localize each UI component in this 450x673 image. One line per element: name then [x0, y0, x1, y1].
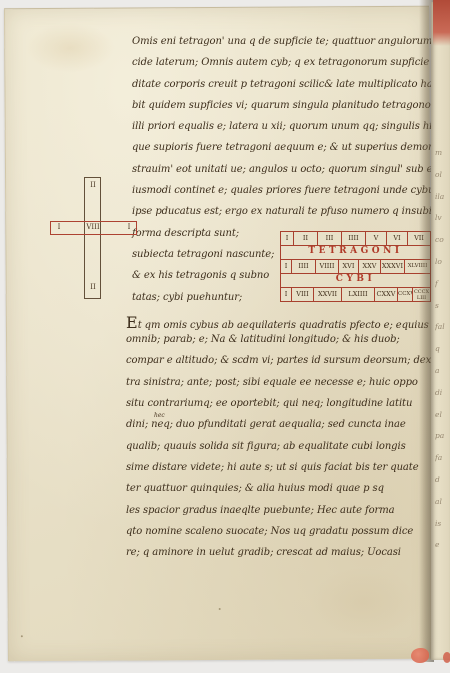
table-cell: XXVII: [314, 288, 342, 301]
facing-page-text-fragment: d: [435, 475, 450, 497]
table-cell: CXXV: [375, 288, 398, 301]
tetragoni-cybi-table: IIIIIIIIIIVVIVII TETRAGONI IIIIIVIIIIXVI…: [280, 231, 431, 302]
interlinear-gloss: hec: [154, 412, 165, 419]
cross-center-label: VIII: [80, 223, 106, 231]
table-cell: IIII: [342, 232, 366, 245]
facing-page-text-fragment: di: [435, 388, 450, 410]
facing-page-text-fragment: s: [435, 301, 450, 323]
table-cell: VI: [387, 232, 408, 245]
facing-page-text-fragment: el: [435, 410, 450, 432]
table-cell: I: [281, 232, 294, 245]
facing-page-text-fragment: ila: [435, 192, 450, 214]
manuscript-text-line: bit quidem supficies vi; quarum singula …: [132, 100, 432, 121]
table-cell: IIII: [292, 260, 316, 273]
parchment-speck: [219, 608, 221, 610]
manuscript-text-line: compar e altitudo; & scdm vi; partes id …: [126, 355, 432, 376]
red-wax-mark-small: [443, 652, 450, 663]
facing-page-text-fragment: co: [435, 235, 450, 257]
table-cell: II: [294, 232, 318, 245]
facing-page-text-fragment: lv: [435, 213, 450, 235]
manuscript-text-line: omnib; parab; e; Na & latitudini longitu…: [126, 334, 432, 355]
manuscript-text-line: re; q aminore in uelut gradib; crescat a…: [126, 547, 432, 568]
manuscript-text-line: tra sinistra; ante; post; sibi equale ee…: [126, 377, 432, 398]
table-cell: V: [366, 232, 387, 245]
table-cell: XXV: [359, 260, 381, 273]
manuscript-text-line: que supioris fuere tetragoni aequum e; &…: [132, 142, 432, 163]
table-row-cubes: IVIIIXXVIILXIIIICXXVCCXVICCCXLIII: [281, 288, 430, 301]
manuscript-text-line: illi priori equalis e; latera u xii; quo…: [132, 121, 432, 142]
facing-page-text-fragment: fal: [435, 322, 450, 344]
facing-page-text-fragment: q: [435, 344, 450, 366]
manuscript-text-line: Et qm omis cybus ab aequilateris quadrat…: [126, 313, 432, 334]
manuscript-text-line: ditate corporis creuit p tetragoni scili…: [132, 79, 432, 100]
manuscript-text-line: qto nomine scaleno suocate; Nos uq grada…: [126, 526, 432, 547]
facing-page-text-fragment: f: [435, 279, 450, 301]
red-book-edge: [433, 0, 450, 46]
manuscript-text-line: qualib; quauis solida sit figura; ab equ…: [126, 441, 432, 462]
text-block: Omis eni tetragon' una q de supficie te;…: [132, 36, 432, 568]
cross-bottom-label: II: [84, 283, 102, 291]
facing-page-text-fragment: fa: [435, 453, 450, 475]
manuscript-text-line: les spacior gradus inaeqlte puebunte; He…: [126, 505, 432, 526]
table-band-tetragoni: TETRAGONI: [281, 246, 430, 260]
cross-vertical-bar: [84, 177, 101, 299]
cross-left-label: I: [54, 223, 64, 231]
manuscript-text-line: cide laterum; Omnis autem cyb; q ex tetr…: [132, 57, 432, 78]
facing-page-text-fragment: a: [435, 366, 450, 388]
table-cell: VIIII: [316, 260, 339, 273]
manuscript-text-line: iusmodi continet e; quales priores fuere…: [132, 185, 432, 206]
facing-page-text-fragment: lo: [435, 257, 450, 279]
manuscript-text-line: ipse pducatus est; ergo ex naturali te p…: [132, 206, 432, 227]
facing-page-text-fragment: e: [435, 540, 450, 562]
manuscript-text-line: dini; neq; duo pfunditati gerat aequalia…: [126, 419, 432, 440]
manuscript-photo: Omis eni tetragon' una q de supficie te;…: [0, 0, 450, 673]
manuscript-text-line: strauim' eot unitati ue; angulos u octo;…: [132, 164, 432, 185]
cross-diagram: II II I VIII I: [50, 177, 140, 301]
manuscript-text-line: ter quattuor quinquies; & alia huius mod…: [126, 483, 432, 504]
table-row-squares: IIIIIVIIIIXVIXXVXXXVIXLVIIII: [281, 260, 430, 274]
facing-page-text-fragment: ol: [435, 170, 450, 192]
manuscript-text-line: sime distare videte; hi aute s; ut si qu…: [126, 462, 432, 483]
table-cell: III: [318, 232, 342, 245]
table-row-naturals: IIIIIIIIIIVVIVII: [281, 232, 430, 246]
table-cell: XVI: [339, 260, 359, 273]
table-cell: I: [281, 260, 292, 273]
parchment-speck: [21, 635, 23, 637]
facing-page-text-fragment: m: [435, 148, 450, 170]
manuscript-text-line: situ contrariumq; ee oportebit; qui neq;…: [126, 398, 432, 419]
facing-page-text-fragment: pa: [435, 431, 450, 453]
red-wax-mark: [411, 648, 429, 663]
table-cell: XXXVI: [381, 260, 405, 273]
table-cell: CCXVI: [398, 288, 413, 301]
parchment-stain: [25, 23, 115, 74]
manuscript-text-line: Omis eni tetragon' una q de supficie te;…: [132, 36, 432, 57]
table-cell: I: [281, 288, 292, 301]
parchment-stain: [308, 567, 418, 638]
table-cell: LXIIII: [342, 288, 375, 301]
cross-top-label: II: [84, 181, 102, 189]
facing-page-text-fragments: molilalvcolofsfalqadielpafadalise: [435, 148, 450, 562]
facing-page-text-fragment: is: [435, 519, 450, 541]
cross-right-label: I: [124, 223, 134, 231]
table-cell: VIII: [292, 288, 314, 301]
table-band-cybi: CYBI: [281, 274, 430, 288]
facing-page-text-fragment: al: [435, 497, 450, 519]
